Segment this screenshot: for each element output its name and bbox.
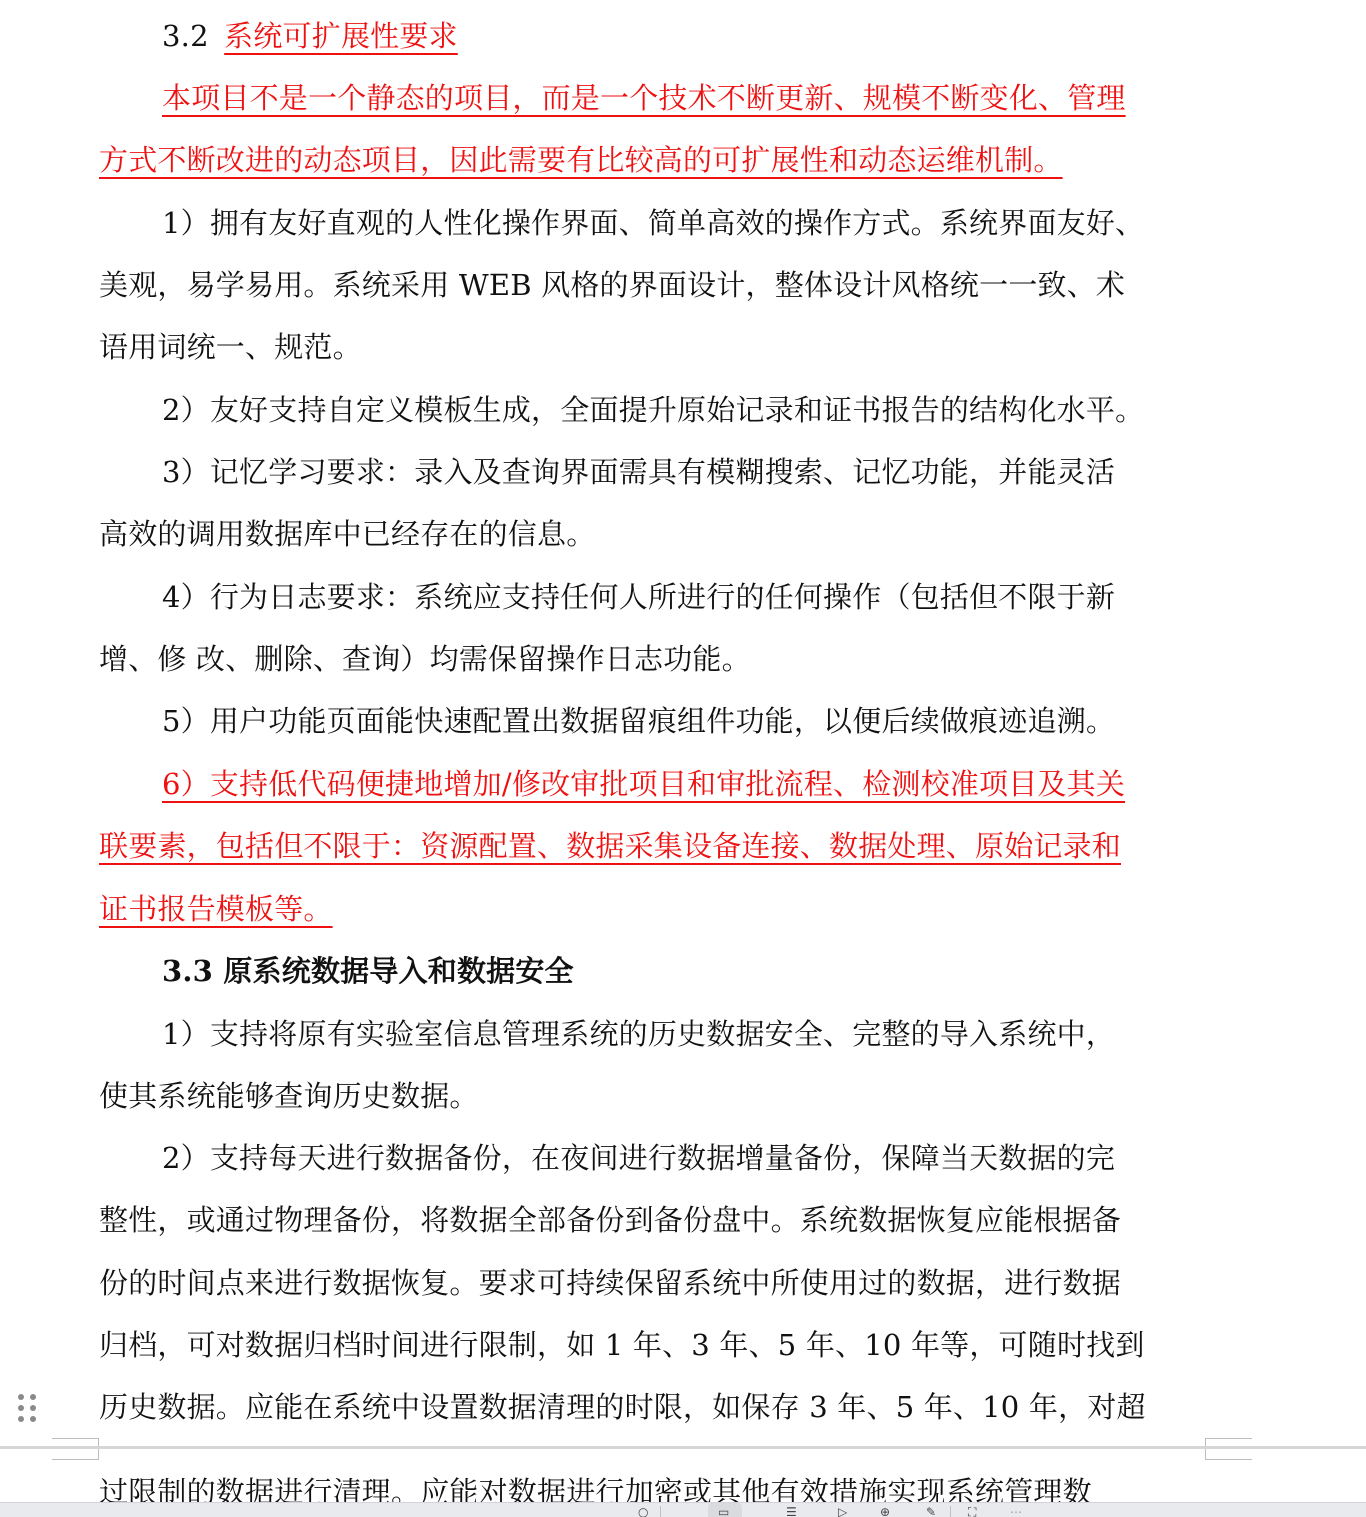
dot [30, 1416, 36, 1422]
dot [30, 1405, 36, 1411]
intro-line: 方式不断改进的动态项目，因此需要有比较高的可扩展性和动态运维机制。 [99, 140, 1063, 180]
fullscreen-icon[interactable]: ⛶ [968, 1506, 976, 1517]
toolbar-separator [660, 1506, 661, 1517]
document-page: 3.2 系统可扩展性要求 本项目不是一个静态的项目，而是一个技术不断更新、规模不… [0, 0, 1366, 1517]
section-heading-3-3: 3.3 原系统数据导入和数据安全 [162, 951, 574, 991]
page-break [0, 1446, 1366, 1449]
list-item-line: 1）支持将原有实验室信息管理系统的历史数据安全、完整的导入系统中， [162, 1014, 1115, 1054]
zoom-level-icon[interactable]: ⋯ [1010, 1506, 1022, 1517]
comment-icon[interactable]: ○ [638, 1506, 648, 1517]
dot [18, 1416, 24, 1422]
list-item-line: 语用词统一、规范。 [99, 327, 362, 367]
page-view-icon[interactable]: ▭ [718, 1506, 729, 1517]
dot [18, 1405, 24, 1411]
list-icon[interactable]: ☰ [786, 1506, 797, 1517]
revision-line: 证书报告模板等。 [99, 889, 333, 929]
list-item-line: 5）用户功能页面能快速配置出数据留痕组件功能，以便后续做痕迹追溯。 [162, 701, 1115, 741]
pen-icon[interactable]: ✎ [926, 1506, 936, 1517]
toolbar-separator [950, 1506, 951, 1517]
pointer-icon[interactable]: ▷ [838, 1506, 847, 1517]
intro-line: 本项目不是一个静态的项目，而是一个技术不断更新、规模不断变化、管理 [162, 78, 1126, 118]
section-title: 系统可扩展性要求 [224, 19, 458, 53]
dot [30, 1394, 36, 1400]
list-item-line: 增、修 改、删除、查询）均需保留操作日志功能。 [99, 639, 751, 679]
section-number: 3.2 [162, 19, 209, 53]
list-item-line: 1）拥有友好直观的人性化操作界面、简单高效的操作方式。系统界面友好、 [162, 203, 1144, 243]
globe-icon[interactable]: ⊕ [880, 1506, 890, 1517]
list-item-line: 归档，可对数据归档时间进行限制，如 1 年、3 年、5 年、10 年等，可随时找… [99, 1325, 1145, 1365]
list-item-line: 整性，或通过物理备份，将数据全部备份到备份盘中。系统数据恢复应能根据备 [99, 1200, 1121, 1240]
section-heading-3-2: 3.2 系统可扩展性要求 [162, 16, 458, 56]
list-item-line: 使其系统能够查询历史数据。 [99, 1076, 479, 1116]
list-item-line: 3）记忆学习要求：录入及查询界面需具有模糊搜索、记忆功能，并能灵活 [162, 452, 1115, 492]
crop-mark-bottom-left [52, 1449, 99, 1460]
revision-line: 联要素，包括但不限于：资源配置、数据采集设备连接、数据处理、原始记录和 [99, 826, 1121, 866]
bottom-toolbar: ○ ▭ ☰ ▷ ⊕ ✎ ⛶ ⋯ [0, 1502, 1366, 1517]
dot [18, 1394, 24, 1400]
list-item-line: 高效的调用数据库中已经存在的信息。 [99, 514, 595, 554]
list-item-line: 历史数据。应能在系统中设置数据清理的时限，如保存 3 年、5 年、10 年，对超 [99, 1387, 1146, 1427]
list-item-line: 4）行为日志要求：系统应支持任何人所进行的任何操作（包括但不限于新 [162, 577, 1115, 617]
list-item-line: 2）友好支持自定义模板生成，全面提升原始记录和证书报告的结构化水平。 [162, 390, 1144, 430]
drag-handle-icon[interactable] [18, 1394, 38, 1424]
list-item-line: 2）支持每天进行数据备份，在夜间进行数据增量备份，保障当天数据的完 [162, 1138, 1115, 1178]
list-item-line: 份的时间点来进行数据恢复。要求可持续保留系统中所使用过的数据，进行数据 [99, 1263, 1121, 1303]
revision-line: 6）支持低代码便捷地增加/修改审批项目和审批流程、检测校准项目及其关 [162, 764, 1125, 804]
list-item-line: 美观，易学易用。系统采用 WEB 风格的界面设计，整体设计风格统一一致、术 [99, 265, 1125, 305]
crop-mark-bottom-right [1205, 1449, 1252, 1460]
